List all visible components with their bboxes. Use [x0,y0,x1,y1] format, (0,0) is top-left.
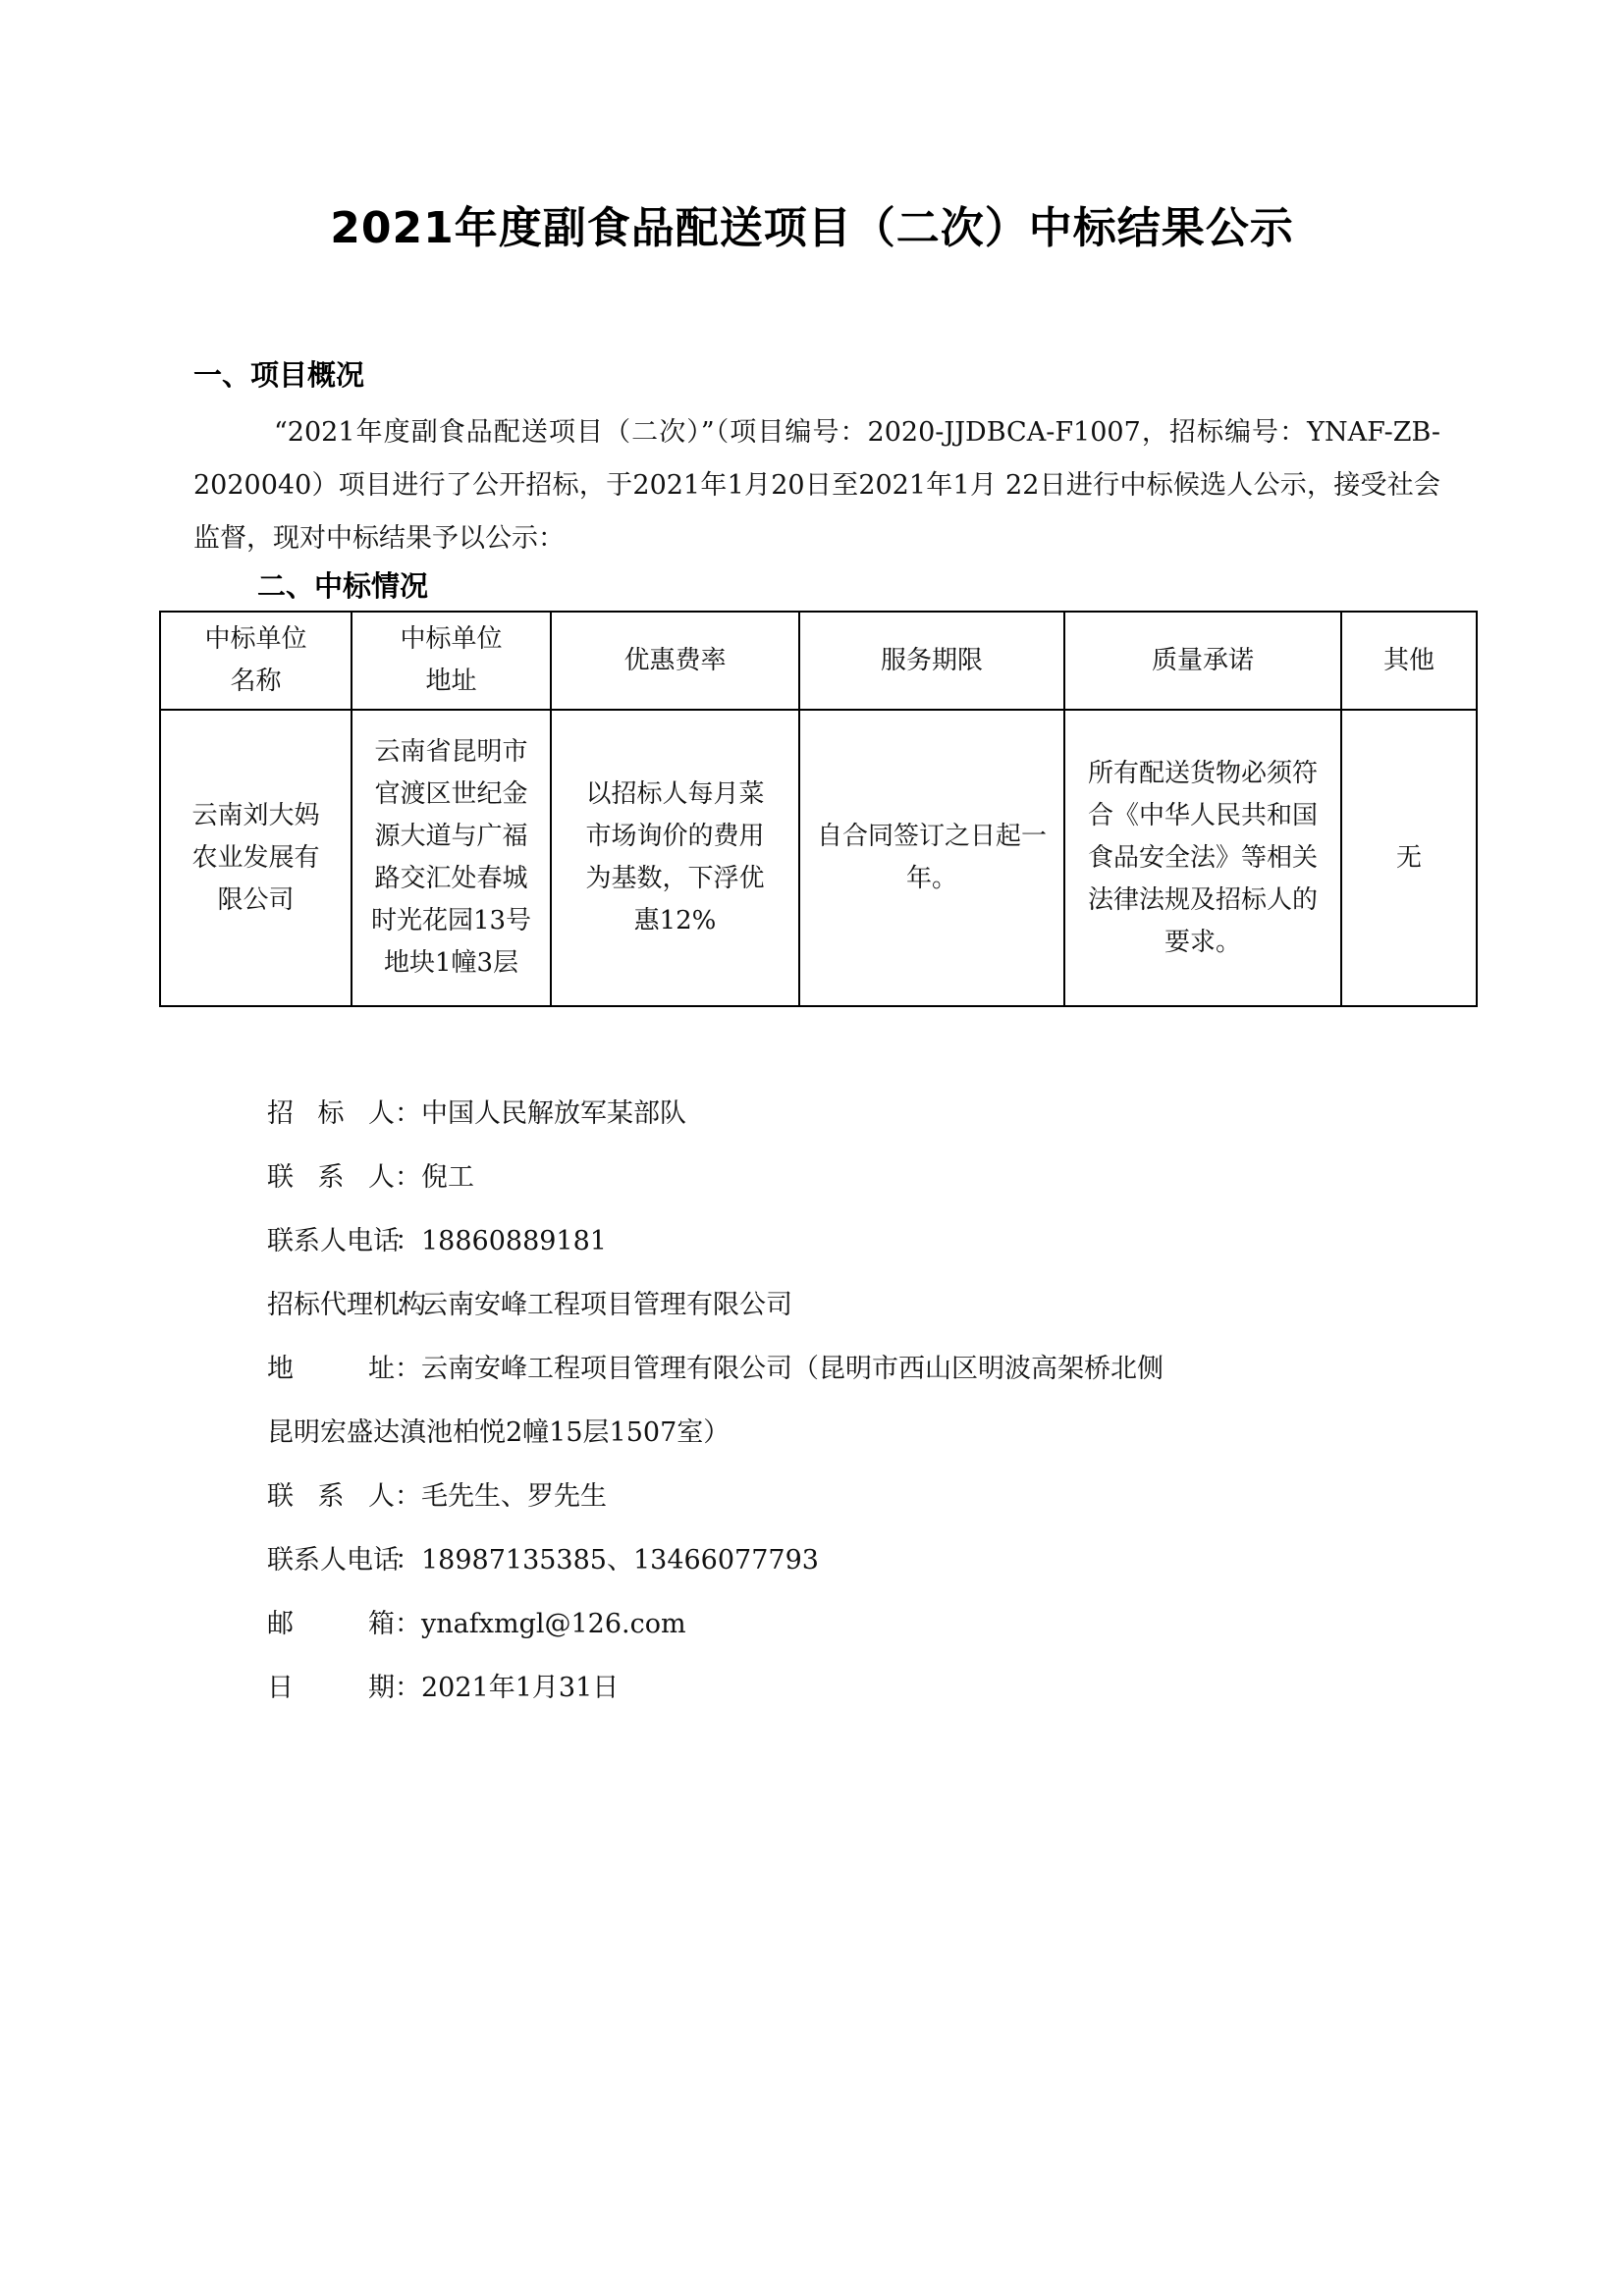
document-title: 2021年度副食品配送项目（二次）中标结果公示 [0,192,1624,255]
header-discount-rate: 优惠费率 [551,612,799,710]
contact-label: 招标代理机构 [267,1273,395,1337]
contact-colon: ： [395,1592,421,1656]
cell-winner-address: 云南省昆明市官渡区世纪金源大道与广福路交汇处春城时光花园13号地块1幢3层 [352,710,551,1006]
contact-value: 18987135385、13466077793 [421,1528,819,1592]
contact-value: 中国人民解放军某部队 [421,1082,686,1146]
contact-label: 日期 [267,1656,395,1720]
contact-colon: ： [395,1082,421,1146]
header-winner-address: 中标单位 地址 [352,612,551,710]
contact-label: 招标人 [267,1082,395,1146]
header-winner-name: 中标单位 名称 [160,612,352,710]
header-line: 中标单位 [171,618,341,661]
contact-row-contact: 联系人：倪工 [267,1146,1445,1209]
contact-label: 邮箱 [267,1592,395,1656]
header-service-period: 服务期限 [799,612,1064,710]
contact-colon: ： [395,1146,421,1209]
contact-value: 云南安峰工程项目管理有限公司 [421,1273,792,1337]
contact-value[interactable]: ynafxmgl@126.com [421,1592,686,1656]
header-line: 中标单位 [362,618,540,661]
contact-colon: ： [395,1337,421,1401]
header-other: 其他 [1341,612,1477,710]
contact-value: 毛先生、罗先生 [421,1465,607,1528]
contact-value: 2021年1月31日 [421,1656,619,1720]
cell-winner-name: 云南刘大妈农业发展有限公司 [160,710,352,1006]
contact-value: 云南安峰工程项目管理有限公司（昆明市西山区明波高架桥北侧 [421,1337,1164,1401]
contact-row-email: 邮箱：ynafxmgl@126.com [267,1592,1445,1656]
cell-discount-rate: 以招标人每月菜市场询价的费用为基数，下浮优惠12% [551,710,799,1006]
section-heading-award: 二、中标情况 [257,564,428,605]
contact-colon: ： [395,1273,421,1337]
cell-other: 无 [1341,710,1477,1006]
contact-label: 地址 [267,1337,395,1401]
table-header-row: 中标单位 名称 中标单位 地址 优惠费率 服务期限 质量承诺 其他 [160,612,1477,710]
contact-row-tenderer: 招标人：中国人民解放军某部队 [267,1082,1445,1146]
contact-row-agency-phone: 联系人电话：18987135385、13466077793 [267,1528,1445,1592]
table-row: 云南刘大妈农业发展有限公司 云南省昆明市官渡区世纪金源大道与广福路交汇处春城时光… [160,710,1477,1006]
award-table: 中标单位 名称 中标单位 地址 优惠费率 服务期限 质量承诺 其他 云南刘大妈农… [159,611,1478,1007]
contact-colon: ： [395,1656,421,1720]
header-quality-commitment: 质量承诺 [1064,612,1341,710]
overview-paragraph: “2021年度副食品配送项目（二次）”（项目编号：2020-JJDBCA-F10… [193,406,1440,565]
contact-value: 18860889181 [421,1209,607,1273]
contact-value: 倪工 [421,1146,474,1209]
contact-row-agency: 招标代理机构：云南安峰工程项目管理有限公司 [267,1273,1445,1337]
contact-colon: ： [395,1465,421,1528]
contact-label: 联系人 [267,1146,395,1209]
section-heading-overview: 一、项目概况 [193,353,364,394]
contact-label: 联系人电话 [267,1528,395,1592]
contact-label: 联系人 [267,1465,395,1528]
contact-row-phone: 联系人电话：18860889181 [267,1209,1445,1273]
contact-info-block: 招标人：中国人民解放军某部队 联系人：倪工 联系人电话：18860889181 … [267,1082,1445,1720]
contact-row-date: 日期：2021年1月31日 [267,1656,1445,1720]
contact-colon: ： [395,1209,421,1273]
header-line: 名称 [171,661,341,703]
contact-colon: ： [395,1528,421,1592]
contact-row-address: 地址：云南安峰工程项目管理有限公司（昆明市西山区明波高架桥北侧 [267,1337,1445,1401]
cell-quality-commitment: 所有配送货物必须符合《中华人民共和国食品安全法》等相关法律法规及招标人的要求。 [1064,710,1341,1006]
contact-row-agency-contact: 联系人：毛先生、罗先生 [267,1465,1445,1528]
contact-address-continuation: 昆明宏盛达滇池柏悦2幢15层1507室） [267,1401,1445,1465]
header-line: 地址 [362,661,540,703]
contact-label: 联系人电话 [267,1209,395,1273]
cell-service-period: 自合同签订之日起一年。 [799,710,1064,1006]
